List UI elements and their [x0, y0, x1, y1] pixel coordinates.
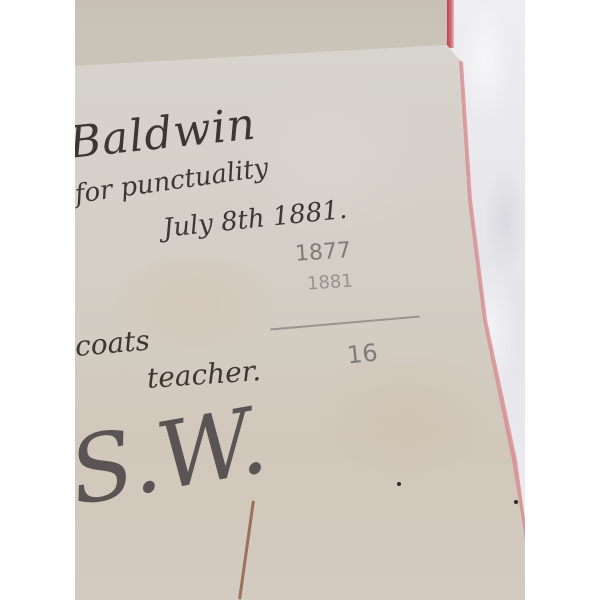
document-photo: Baldwin for punctuality July 8th 1881. 1…	[75, 0, 525, 600]
pencil-number: 16	[346, 338, 379, 369]
red-edge-strip	[447, 0, 454, 48]
ink-speck	[397, 482, 401, 486]
signature-name: coats	[75, 324, 151, 363]
pencil-year-1: 1877	[294, 238, 352, 267]
pencil-year-2: 1881	[306, 270, 353, 294]
ink-speck	[514, 500, 518, 504]
